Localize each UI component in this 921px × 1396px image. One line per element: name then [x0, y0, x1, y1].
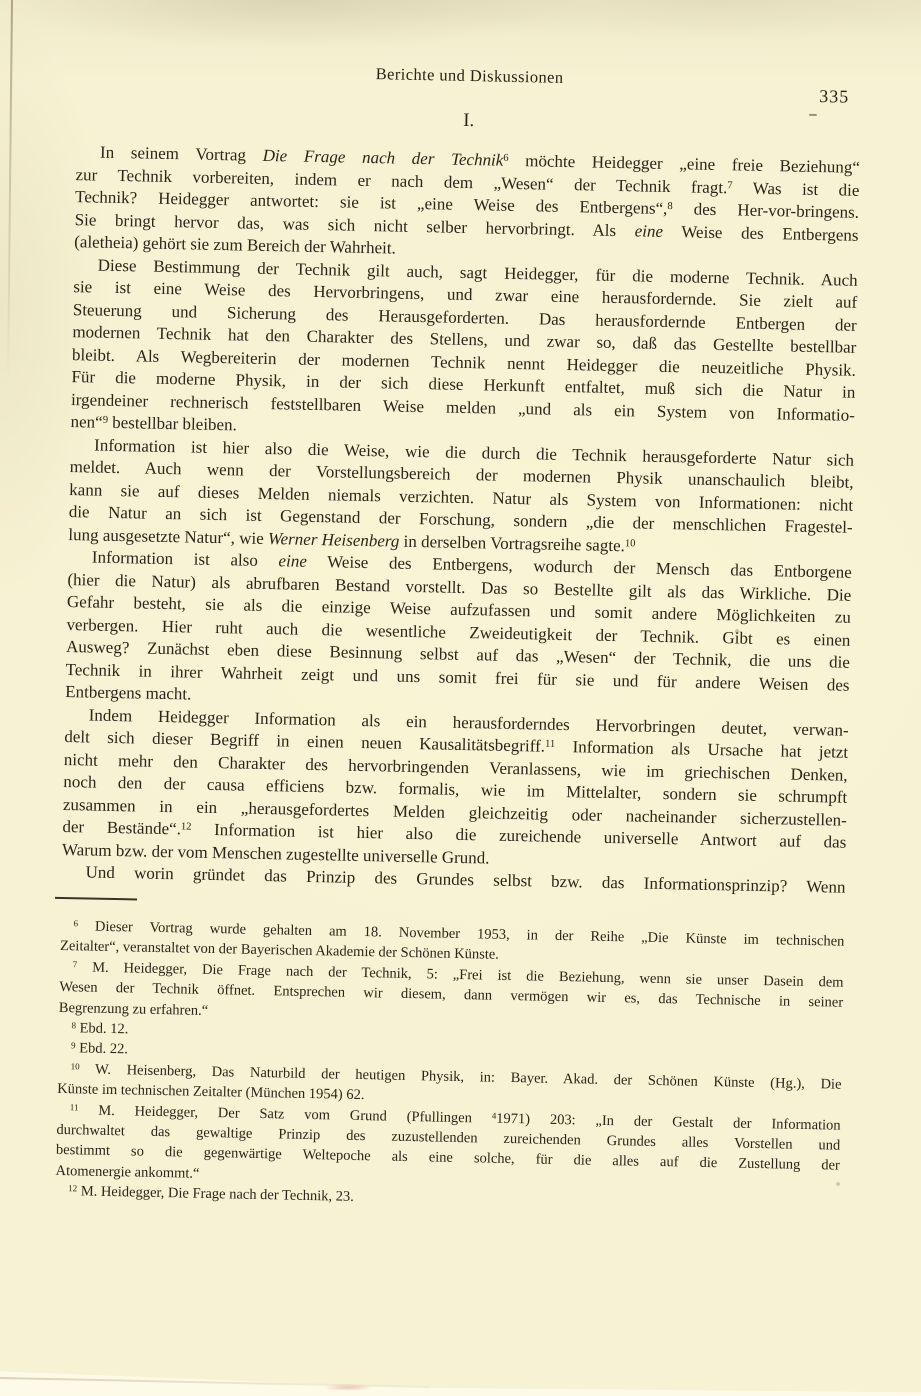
ink-speck [836, 1182, 840, 1186]
smudge [322, 1384, 374, 1391]
footnote: 11 M. Heidegger, Der Satz vom Grund (Pfu… [55, 1100, 840, 1197]
body-text: In seinem Vortrag Die Frage nach der Tec… [61, 141, 860, 899]
ink-speck [735, 629, 739, 634]
paragraph: Indem Heidegger Information als ein hera… [62, 704, 849, 877]
paragraph: Information ist also eine Weise des Entb… [65, 546, 852, 719]
ink-mark [809, 114, 817, 116]
paragraph: In seinem Vortrag Die Frage nach der Tec… [74, 141, 860, 269]
paragraph: Information ist hier also die Weise, wie… [68, 434, 854, 562]
scanned-page: { "page": { "running_head": "Berichte un… [0, 0, 921, 1396]
footnotes: 6 Dieser Vortrag wurde gehalten am 18. N… [55, 916, 845, 1217]
paragraph: Diese Bestimmung der Technik gilt auch, … [70, 254, 857, 450]
page-number: 335 [819, 86, 849, 108]
